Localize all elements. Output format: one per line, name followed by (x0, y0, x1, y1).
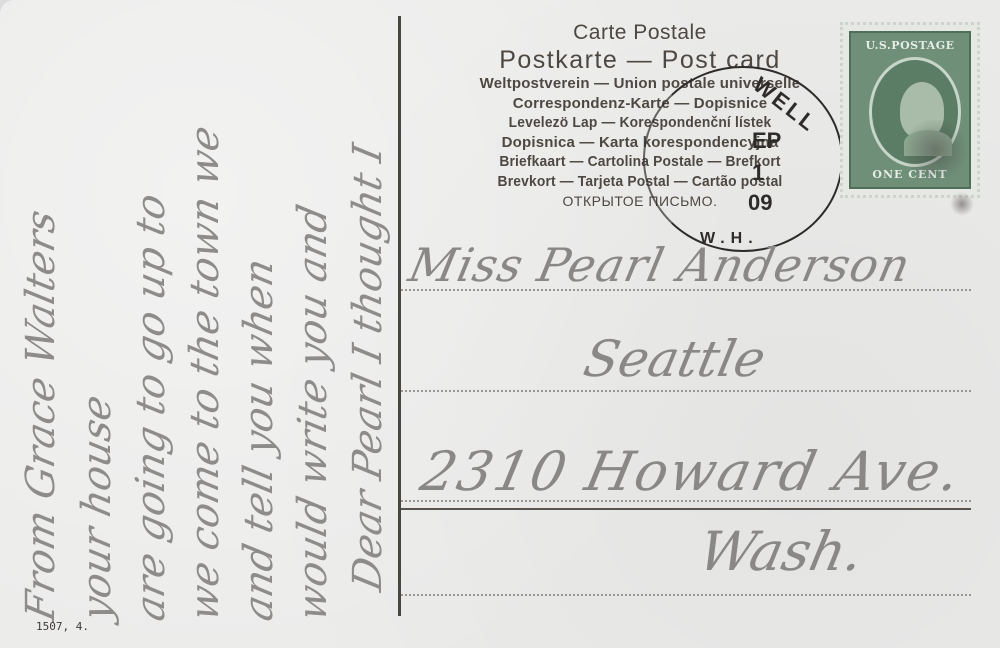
recipient-name: Miss Pearl Anderson (404, 238, 915, 292)
cancellation-mark (950, 192, 974, 216)
header-title-french: Carte Postale (440, 20, 840, 46)
address-rule (401, 594, 971, 596)
message-line: we come to the town we (182, 122, 228, 625)
recipient-state: Wash. (693, 520, 869, 583)
cancellation-mark (900, 120, 970, 180)
postmark-day: 1 (752, 160, 764, 186)
recipient-city: Seattle (579, 330, 771, 388)
printer-code: 1507, 4. (36, 620, 89, 633)
address-rule (401, 390, 971, 392)
message-line: and tell you when (236, 255, 282, 625)
header-title-main: Postkarte — Post card (440, 46, 840, 74)
postcard-back: Dear Pearl I thought I would write you a… (0, 0, 1000, 648)
message-line: Dear Pearl I thought I (345, 140, 391, 595)
recipient-street: 2310 Howard Ave. (415, 440, 967, 503)
postmark-month: EP (752, 128, 781, 154)
handwritten-message: Dear Pearl I thought I would write you a… (0, 20, 395, 620)
postmark-circle (643, 66, 843, 252)
message-line: are going to go up to (128, 190, 174, 625)
message-signature: From Grace Walters (18, 206, 64, 625)
message-line: would write you and (290, 201, 336, 625)
address-rule-solid (401, 508, 971, 510)
stamp-top-text: U.S.POSTAGE (851, 39, 969, 52)
message-line: your house (74, 391, 120, 625)
center-divider-line (398, 16, 401, 616)
postmark-year: 09 (748, 190, 772, 216)
